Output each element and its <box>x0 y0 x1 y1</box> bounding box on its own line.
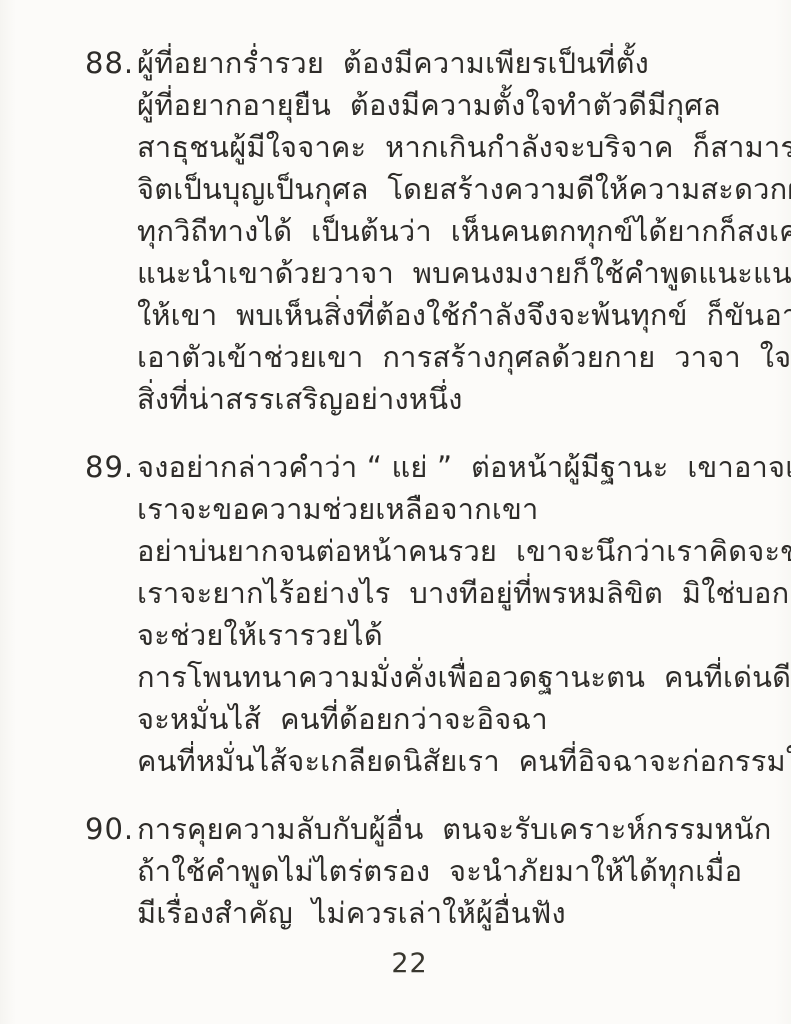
text-line: ถ้าใช้คำพูดไม่ไตร่ตรอง จะนำภัยมาให้ได้ทุ… <box>137 850 745 892</box>
numbered-item-89: 89. จงอย่ากล่าวคำว่า “ แย่ ” ต่อหน้าผู้ม… <box>85 446 745 782</box>
text-block: 88. ผู้ที่อยากร่ำรวย ต้องมีความเพียรเป็น… <box>85 42 745 934</box>
item-number: 89. <box>85 446 134 488</box>
text-line: สิ่งที่น่าสรรเสริญอย่างหนึ่ง <box>137 378 745 420</box>
text-line: การคุยความลับกับผู้อื่น ตนจะรับเคราะห์กร… <box>137 808 745 850</box>
text-line: แนะนำเขาด้วยวาจา พบคนงมงายก็ใช้คำพูดแนะแ… <box>137 252 745 294</box>
text-line: จงอย่ากล่าวคำว่า “ แย่ ” ต่อหน้าผู้มีฐาน… <box>137 446 745 488</box>
text-line: ทุกวิถีทางได้ เป็นต้นว่า เห็นคนตกทุกข์ได… <box>137 210 745 252</box>
numbered-item-90: 90. การคุยความลับกับผู้อื่น ตนจะรับเคราะ… <box>85 808 745 934</box>
text-line: เราจะขอความช่วยเหลือจากเขา <box>137 488 745 530</box>
text-line: มีเรื่องสำคัญ ไม่ควรเล่าให้ผู้อื่นฟัง <box>137 892 745 934</box>
text-line: จะหมั่นไส้ คนที่ด้อยกว่าจะอิจฉา <box>137 698 745 740</box>
page-footer: 22 <box>0 948 791 979</box>
text-line: ผู้ที่อยากร่ำรวย ต้องมีความเพียรเป็นที่ต… <box>137 42 745 84</box>
text-line: อย่าบ่นยากจนต่อหน้าคนรวย เขาจะนึกว่าเราค… <box>137 530 745 572</box>
page-number: 22 <box>391 948 427 979</box>
text-line: ให้เขา พบเห็นสิ่งที่ต้องใช้กำลังจึงจะพ้น… <box>137 294 745 336</box>
numbered-item-88: 88. ผู้ที่อยากร่ำรวย ต้องมีความเพียรเป็น… <box>85 42 745 420</box>
text-line: คนที่หมั่นไส้จะเกลียดนิสัยเรา คนที่อิจฉา… <box>137 740 745 782</box>
text-line: จิตเป็นบุญเป็นกุศล โดยสร้างความดีให้ความ… <box>137 168 745 210</box>
text-line: เอาตัวเข้าช่วยเขา การสร้างกุศลด้วยกาย วา… <box>137 336 745 378</box>
item-number: 88. <box>85 42 134 84</box>
text-line: ผู้ที่อยากอายุยืน ต้องมีความตั้งใจทำตัวด… <box>137 84 745 126</box>
text-line: เราจะยากไร้อย่างไร บางทีอยู่ที่พรหมลิขิต… <box>137 572 745 614</box>
text-line: สาธุชนผู้มีใจจาคะ หากเกินกำลังจะบริจาค ก… <box>137 126 745 168</box>
text-line: จะช่วยให้เรารวยได้ <box>137 614 745 656</box>
item-number: 90. <box>85 808 134 850</box>
document-page: 88. ผู้ที่อยากร่ำรวย ต้องมีความเพียรเป็น… <box>0 0 791 1024</box>
text-line: การโพนทนาความมั่งคั่งเพื่ออวดฐานะตน คนที… <box>137 656 745 698</box>
